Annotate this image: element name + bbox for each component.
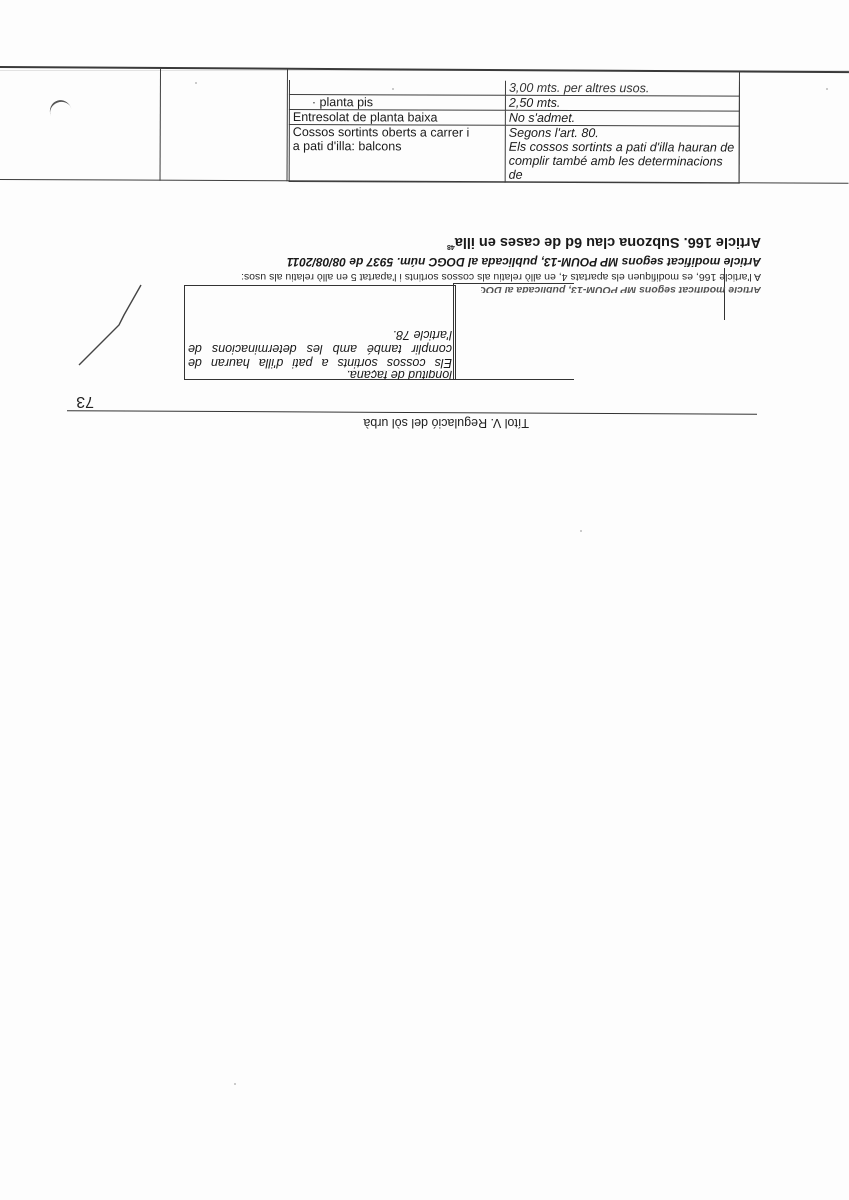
table-row: Entresolat de planta baixa No s'admet. xyxy=(289,110,739,127)
row-value: 3,00 mts. per altres usos. xyxy=(505,81,739,96)
modification-note: Article modificat segons MP POUM-13, pub… xyxy=(287,255,761,269)
scan-speck xyxy=(392,88,394,90)
row-label-line: Cossos sortints oberts a carrer i xyxy=(293,125,502,140)
row-value-line: Els cossos sortints a pati d'illa hauran… xyxy=(509,140,736,155)
pen-stroke-mark-icon xyxy=(69,280,149,370)
table-row: Cossos sortints oberts a carrer i a pati… xyxy=(289,125,739,184)
table-cell-text: longitud de façana. Els cossos sortints … xyxy=(184,285,456,380)
cell-line: complir també amb les determinacions de xyxy=(188,342,452,356)
row-value: 2,50 mts. xyxy=(505,95,739,111)
footnote-ref: 48 xyxy=(447,243,455,250)
row-value: No s'admet. xyxy=(505,110,739,126)
row-label: Cossos sortints oberts a carrer i a pati… xyxy=(289,125,505,183)
outer-column-divider xyxy=(160,69,161,181)
scan-speck xyxy=(195,82,197,84)
row-value: Segons l'art. 80. Els cossos sortints a … xyxy=(505,125,739,183)
table-row: · planta pis 2,50 mts. xyxy=(289,95,739,112)
row-value-line: Segons l'art. 80. xyxy=(509,126,736,141)
page-number: 73 xyxy=(76,392,94,410)
row-label: Entresolat de planta baixa xyxy=(289,110,505,126)
table-cell-empty xyxy=(453,283,574,380)
inverted-page-fragment: Títol V. Regulació del sòl urbà 73 longi… xyxy=(0,215,849,440)
scan-speck xyxy=(580,530,582,532)
footer-rule xyxy=(67,410,757,415)
article-title-text: Article 166. Subzona clau 6d de cases en… xyxy=(455,234,761,250)
row-label-line: a pati d'illa: balcons xyxy=(293,139,502,154)
cell-line: Els cossos sortints a pati d'illa hauran… xyxy=(188,356,452,370)
table-row: 3,00 mts. per altres usos. xyxy=(289,80,739,96)
running-title: Títol V. Regulació del sòl urbà xyxy=(363,416,529,430)
article-title: Article 166. Subzona clau 6d de cases en… xyxy=(447,234,761,250)
cell-line: longitud de façana. xyxy=(188,370,452,379)
row-label xyxy=(289,80,505,95)
scan-speck xyxy=(826,88,828,90)
row-label: · planta pis xyxy=(289,95,505,111)
specs-table: 3,00 mts. per altres usos. · planta pis … xyxy=(289,80,740,184)
scan-speck xyxy=(234,1083,236,1085)
cell-line: l'article 78. xyxy=(188,328,452,342)
overlapping-cut-text: Article modificat segons MP POUM-13, pub… xyxy=(481,284,761,293)
article-body: A l'article 166, es modifiquen els apart… xyxy=(241,271,761,283)
row-value-line: complir també amb les determinacions de xyxy=(509,154,736,183)
